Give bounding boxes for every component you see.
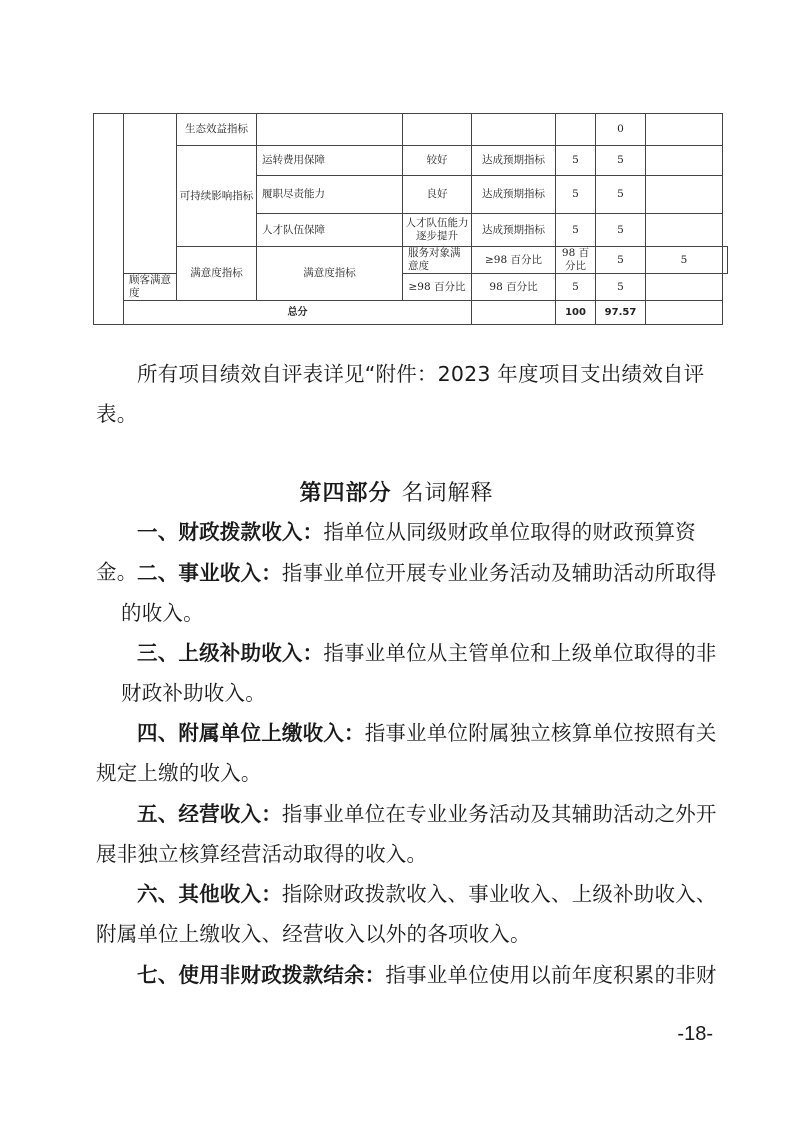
total-max-score: 100 [556,301,596,325]
table-cell: 服务对象满意度 [403,247,472,274]
definition-term: 二、事业收入： [137,561,282,585]
table-cell [556,114,596,146]
intro-paragraph: 所有项目绩效自评表详见“附件：2023 年度项目支出绩效自评表。 [96,354,726,434]
table-cell [257,114,403,146]
table-cell: 达成预期指标 [472,214,556,247]
definition-term: 五、经营收入： [137,802,282,826]
table-cell: 顾客满意度 [124,274,177,301]
table-cell: 良好 [403,176,472,214]
table-row: 满意度指标 满意度指标 服务对象满意度 ≥98 百分比 98 百分比 5 5 [94,247,728,274]
table-cell [646,176,723,214]
table-cell: 5 [596,247,646,274]
definition-4: 四、附属单位上缴收入：指事业单位附属独立核算单位按照有关规定上缴的收入。 [96,713,726,793]
definition-3: 三、上级补助收入：指事业单位从主管单位和上级单位取得的非财政补助收入。 [121,633,726,713]
table-cell: 可持续影响指标 [177,146,257,247]
table-cell: 5 [646,247,723,274]
table-cell: 0 [596,114,646,146]
table-cell: 5 [556,274,596,301]
definition-5: 五、经营收入：指事业单位在专业业务活动及其辅助活动之外开展非独立核算经营活动取得… [96,794,726,874]
definition-term: 七、使用非财政拨款结余： [137,963,385,987]
table-row: 生态效益指标 0 [94,114,728,146]
table-cell: ≥98 百分比 [472,247,556,274]
table-cell [646,274,723,301]
section-heading: 第四部分名词解释 [0,476,793,507]
table-cell [646,114,723,146]
total-label: 总分 [124,301,472,325]
section-subtitle: 名词解释 [402,481,494,506]
table-cell: 5 [596,214,646,247]
performance-table: 生态效益指标 0 可持续影响指标 运转费用保障 较好 达成预期指标 5 5 履职… [93,113,728,325]
table-cell: 达成预期指标 [472,176,556,214]
definition-term: 三、上级补助收入： [137,641,323,665]
page-number: -18- [677,1023,713,1046]
table-cell [646,146,723,176]
table-cell: 运转费用保障 [257,146,403,176]
definition-text: 指事业单位使用以前年度积累的非财 [385,963,716,987]
table-cell [646,214,723,247]
table-cell: 人才队伍保障 [257,214,403,247]
table-cell: 满意度指标 [177,247,257,301]
table-cell: 达成预期指标 [472,146,556,176]
table-cell: 98 百分比 [556,247,596,274]
table-cell [472,114,556,146]
table-cell: 5 [596,176,646,214]
table-cell: 98 百分比 [472,274,556,301]
definition-term: 六、其他收入： [137,882,282,906]
definition-2: 二、事业收入：指事业单位开展专业业务活动及辅助活动所取得的收入。 [121,553,726,633]
table-cell: 5 [556,146,596,176]
total-score: 97.57 [596,301,646,325]
table-cell: 5 [556,214,596,247]
table-cell [472,301,556,325]
table-cell: 履职尽责能力 [257,176,403,214]
definition-term: 四、附属单位上缴收入： [137,721,365,745]
table-cell: 5 [596,274,646,301]
definition-6: 六、其他收入：指除财政拨款收入、事业收入、上级补助收入、附属单位上缴收入、经营收… [96,874,726,954]
table-row: 可持续影响指标 运转费用保障 较好 达成预期指标 5 5 [94,146,728,176]
table-total-row: 总分 100 97.57 [94,301,728,325]
table-cell: 较好 [403,146,472,176]
definition-term: 一、财政拨款收入： [137,520,323,544]
table-cell: ≥98 百分比 [403,274,472,301]
definition-7: 七、使用非财政拨款结余：指事业单位使用以前年度积累的非财 [96,955,726,995]
table-cell: 5 [556,176,596,214]
table-cell: 人才队伍能力逐步提升 [403,214,472,247]
table-cell: 满意度指标 [257,247,403,301]
table-cell [646,301,723,325]
table-cell: 5 [596,146,646,176]
section-title: 第四部分 [299,480,391,506]
table-cell-level1 [94,114,124,325]
table-cell-level2 [124,114,177,274]
table-cell [723,247,728,274]
table-cell: 生态效益指标 [177,114,257,146]
table-cell [403,114,472,146]
